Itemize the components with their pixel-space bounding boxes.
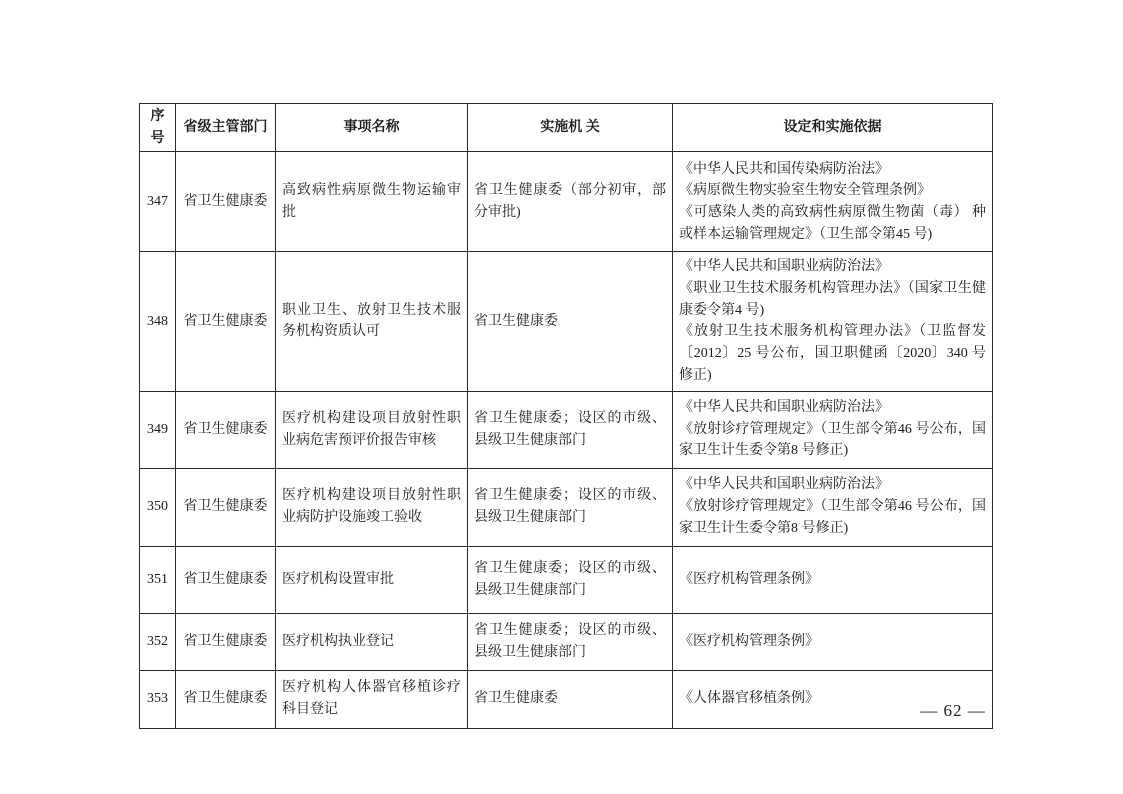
basis-entry: 《中华人民共和国职业病防治法》 xyxy=(679,256,986,278)
col-header-basis: 设定和实施依据 xyxy=(673,104,993,152)
document-page: 序号 省级主管部门 事项名称 实施机 关 设定和实施依据 347 省卫生健康委 … xyxy=(0,0,1123,794)
row-number-cell: 353 xyxy=(140,670,176,728)
table-row: 348 省卫生健康委 职业卫生、放射卫生技术服务机构资质认可 省卫生健康委 《中… xyxy=(140,252,993,391)
department-cell: 省卫生健康委 xyxy=(176,252,276,391)
table-row: 351 省卫生健康委 医疗机构设置审批 省卫生健康委；设区的市级、县级卫生健康部… xyxy=(140,546,993,613)
col-header-department: 省级主管部门 xyxy=(176,104,276,152)
item-name-cell: 医疗机构建设项目放射性职业病危害预评价报告审核 xyxy=(276,391,468,468)
approval-items-table: 序号 省级主管部门 事项名称 实施机 关 设定和实施依据 347 省卫生健康委 … xyxy=(139,103,993,729)
item-name-cell: 医疗机构执业登记 xyxy=(276,613,468,670)
department-cell: 省卫生健康委 xyxy=(176,613,276,670)
basis-cell: 《医疗机构管理条例》 xyxy=(673,546,993,613)
basis-entry: 《中华人民共和国职业病防治法》 xyxy=(679,397,986,419)
page-number: — 62 — xyxy=(908,701,998,721)
row-number-cell: 347 xyxy=(140,152,176,252)
agency-cell: 省卫生健康委；设区的市级、县级卫生健康部门 xyxy=(468,613,673,670)
table-header-row: 序号 省级主管部门 事项名称 实施机 关 设定和实施依据 xyxy=(140,104,993,152)
basis-cell: 《医疗机构管理条例》 xyxy=(673,613,993,670)
agency-cell: 省卫生健康委 xyxy=(468,252,673,391)
table-row: 350 省卫生健康委 医疗机构建设项目放射性职业病防护设施竣工验收 省卫生健康委… xyxy=(140,468,993,546)
basis-entry: 《可感染人类的高致病性病原微生物菌（毒） 种或样本运输管理规定》（卫生部令第45… xyxy=(679,202,986,245)
row-number-cell: 351 xyxy=(140,546,176,613)
department-cell: 省卫生健康委 xyxy=(176,670,276,728)
basis-cell: 《中华人民共和国职业病防治法》 《放射诊疗管理规定》（卫生部令第46 号公布，国… xyxy=(673,468,993,546)
agency-cell: 省卫生健康委 xyxy=(468,670,673,728)
basis-entry: 《职业卫生技术服务机构管理办法》（国家卫生健康委令第4 号) xyxy=(679,278,986,321)
col-header-item-name: 事项名称 xyxy=(276,104,468,152)
department-cell: 省卫生健康委 xyxy=(176,152,276,252)
basis-entry: 《病原微生物实验室生物安全管理条例》 xyxy=(679,180,986,202)
row-number-cell: 350 xyxy=(140,468,176,546)
item-name-cell: 医疗机构人体器官移植诊疗科目登记 xyxy=(276,670,468,728)
row-number-cell: 348 xyxy=(140,252,176,391)
basis-entry: 《放射诊疗管理规定》（卫生部令第46 号公布，国家卫生计生委令第8 号修正) xyxy=(679,496,986,539)
table-row: 352 省卫生健康委 医疗机构执业登记 省卫生健康委；设区的市级、县级卫生健康部… xyxy=(140,613,993,670)
basis-entry: 《中华人民共和国传染病防治法》 xyxy=(679,159,986,181)
agency-cell: 省卫生健康委；设区的市级、县级卫生健康部门 xyxy=(468,546,673,613)
department-cell: 省卫生健康委 xyxy=(176,468,276,546)
basis-entry: 《中华人民共和国职业病防治法》 xyxy=(679,474,986,496)
department-cell: 省卫生健康委 xyxy=(176,391,276,468)
row-number-cell: 349 xyxy=(140,391,176,468)
department-cell: 省卫生健康委 xyxy=(176,546,276,613)
agency-cell: 省卫生健康委；设区的市级、县级卫生健康部门 xyxy=(468,391,673,468)
item-name-cell: 职业卫生、放射卫生技术服务机构资质认可 xyxy=(276,252,468,391)
table-row: 347 省卫生健康委 高致病性病原微生物运输审批 省卫生健康委（部分初审，部分审… xyxy=(140,152,993,252)
agency-cell: 省卫生健康委（部分初审，部分审批) xyxy=(468,152,673,252)
item-name-cell: 医疗机构设置审批 xyxy=(276,546,468,613)
table-row: 349 省卫生健康委 医疗机构建设项目放射性职业病危害预评价报告审核 省卫生健康… xyxy=(140,391,993,468)
basis-cell: 《中华人民共和国职业病防治法》 《放射诊疗管理规定》（卫生部令第46 号公布，国… xyxy=(673,391,993,468)
item-name-cell: 高致病性病原微生物运输审批 xyxy=(276,152,468,252)
basis-entry: 《医疗机构管理条例》 xyxy=(679,631,986,653)
table-row: 353 省卫生健康委 医疗机构人体器官移植诊疗科目登记 省卫生健康委 《人体器官… xyxy=(140,670,993,728)
basis-entry: 《放射诊疗管理规定》（卫生部令第46 号公布，国家卫生计生委令第8 号修正) xyxy=(679,419,986,462)
row-number-cell: 352 xyxy=(140,613,176,670)
col-header-index: 序号 xyxy=(140,104,176,152)
item-name-cell: 医疗机构建设项目放射性职业病防护设施竣工验收 xyxy=(276,468,468,546)
basis-cell: 《中华人民共和国传染病防治法》 《病原微生物实验室生物安全管理条例》 《可感染人… xyxy=(673,152,993,252)
col-header-agency: 实施机 关 xyxy=(468,104,673,152)
agency-cell: 省卫生健康委；设区的市级、县级卫生健康部门 xyxy=(468,468,673,546)
basis-cell: 《中华人民共和国职业病防治法》 《职业卫生技术服务机构管理办法》（国家卫生健康委… xyxy=(673,252,993,391)
basis-entry: 《放射卫生技术服务机构管理办法》（卫监督发〔2012〕25 号公布，国卫职健函〔… xyxy=(679,321,986,386)
basis-entry: 《医疗机构管理条例》 xyxy=(679,569,986,591)
